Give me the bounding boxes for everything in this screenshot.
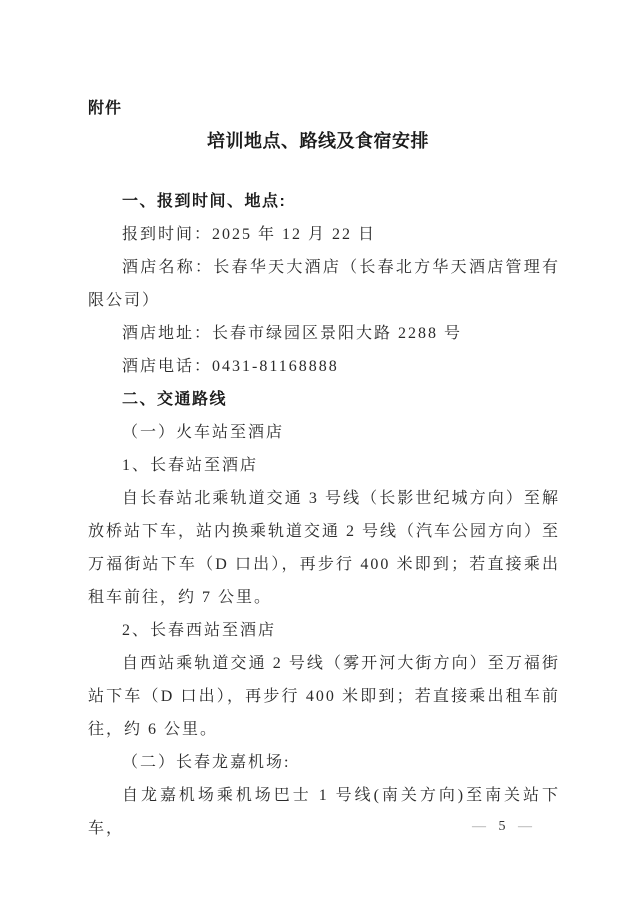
hotel-address-line: 酒店地址：长春市绿园区景阳大路 2288 号 xyxy=(88,317,560,350)
section-2-heading: 二、交通路线 xyxy=(88,383,560,416)
route-2-description: 自西站乘轨道交通 2 号线（雾开河大街方向）至万福街站下车（D 口出），再步行 … xyxy=(88,647,560,746)
page-number: 5 xyxy=(499,819,506,834)
report-time-line: 报到时间：2025 年 12 月 22 日 xyxy=(88,218,560,251)
document-page: 附件 培训地点、路线及食宿安排 一、报到时间、地点: 报到时间：2025 年 1… xyxy=(0,0,636,900)
route-1-description: 自长春站北乘轨道交通 3 号线（长影世纪城方向）至解放桥站下车，站内换乘轨道交通… xyxy=(88,482,560,614)
section-1-heading: 一、报到时间、地点: xyxy=(88,185,560,218)
document-title: 培训地点、路线及食宿安排 xyxy=(0,125,636,158)
subsection-1-heading: （一）火车站至酒店 xyxy=(88,416,560,449)
airport-route-description: 自龙嘉机场乘机场巴士 1 号线(南关方向)至南关站下车， xyxy=(88,779,560,845)
page-footer: — 5 — xyxy=(472,820,532,834)
subsection-2-heading: （二）长春龙嘉机场: xyxy=(88,746,560,779)
hotel-name-line: 酒店名称：长春华天大酒店（长春北方华天酒店管理有限公司） xyxy=(88,251,560,317)
route-1-title: 1、长春站至酒店 xyxy=(88,449,560,482)
route-2-title: 2、长春西站至酒店 xyxy=(88,614,560,647)
hotel-phone-line: 酒店电话：0431-81168888 xyxy=(88,350,560,383)
document-body: 一、报到时间、地点: 报到时间：2025 年 12 月 22 日 酒店名称：长春… xyxy=(88,185,560,845)
attachment-label: 附件 xyxy=(88,92,636,125)
footer-dash-left: — xyxy=(472,819,486,834)
footer-dash-right: — xyxy=(518,819,532,834)
